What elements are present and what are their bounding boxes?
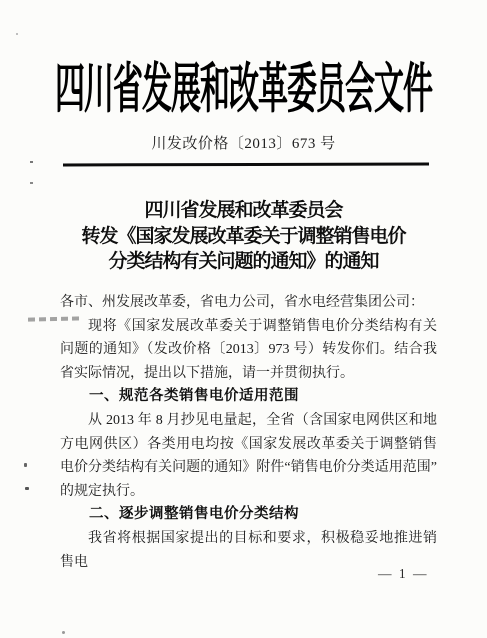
section-1-paragraph: 从 2013 年 8 月抄见电量起，全省（含国家电网供区和地方电网供区）各类用电…	[60, 409, 437, 503]
document-page: 四川省发展和改革委员会文件 川发改价格〔2013〕673 号 四川省发展和改革委…	[0, 0, 487, 638]
scan-speck	[24, 463, 27, 467]
intro-paragraph: 现将《国家发展改革委关于调整销售电价分类结构有关问题的通知》（发改价格〔2013…	[60, 315, 437, 386]
scan-speck	[30, 161, 33, 163]
section-1-heading: 一、规范各类销售电价适用范围	[60, 385, 437, 409]
page-number: — 1 —	[378, 566, 429, 582]
masthead-divider-line	[63, 163, 429, 166]
document-subject-title: 四川省发展和改革委员会 转发《国家发展改革委关于调整销售电价 分类结构有关问题的…	[0, 198, 487, 275]
document-masthead-title: 四川省发展和改革委员会文件	[0, 44, 487, 123]
document-reference-number: 川发改价格〔2013〕673 号	[0, 132, 487, 153]
scan-speck	[16, 33, 18, 35]
subject-line-3: 分类结构有关问题的通知》的通知	[0, 249, 487, 275]
scan-speck	[62, 631, 65, 634]
section-2-heading: 二、逐步调整销售电价分类结构	[60, 503, 437, 527]
subject-line-2: 转发《国家发展改革委关于调整销售电价	[0, 224, 487, 250]
scan-speck	[30, 182, 33, 184]
scan-speck	[25, 487, 29, 490]
salutation-line: 各市、州发展改革委，省电力公司，省水电经营集团公司：	[60, 291, 437, 315]
document-body: 各市、州发展改革委，省电力公司，省水电经营集团公司： 现将《国家发展改革委关于调…	[60, 291, 437, 574]
subject-line-1: 四川省发展和改革委员会	[0, 198, 487, 224]
